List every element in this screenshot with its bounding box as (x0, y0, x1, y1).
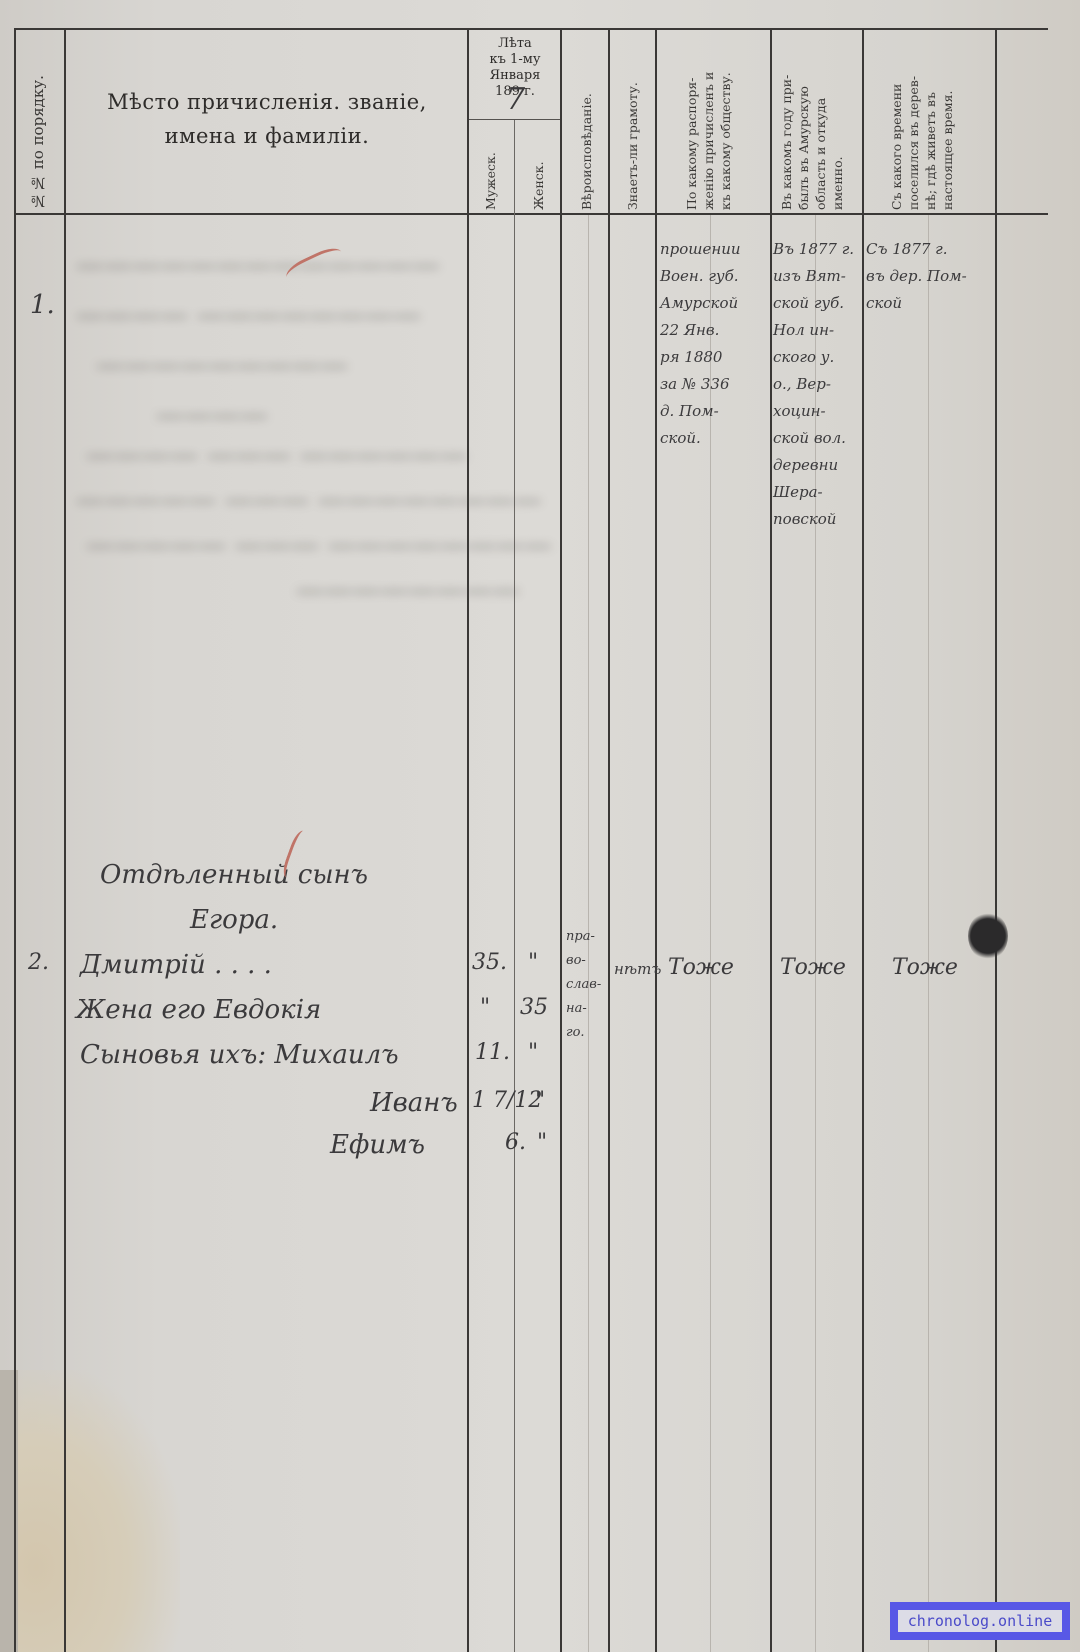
arrival-line: Нол ин- (773, 317, 854, 344)
entry-2-number: 2. (28, 950, 49, 975)
entry-2-heading-line1: Отдѣленный сынъ (100, 860, 368, 890)
member-name: Жена его Евдокія (76, 995, 321, 1025)
table-left-border (14, 28, 16, 1652)
member-male-age: 11. (475, 1040, 510, 1065)
entry-2-settled: Тоже (892, 955, 958, 980)
entry-1-number: 1. (30, 290, 55, 320)
entry-1-settled: Съ 1877 г. въ дер. Пом- ской (866, 236, 967, 317)
entry-2-literacy: нѣтъ (614, 960, 661, 978)
religion-line: во- (566, 949, 601, 973)
arrival-line: ской вол. (773, 425, 854, 452)
religion-line: пра- (566, 925, 601, 949)
header-female: Женск. (530, 135, 547, 210)
table-top-border (14, 28, 1048, 30)
header-years-line2: къ 1-му (470, 52, 560, 68)
header-years-line1: Лѣта (470, 36, 560, 52)
entry-2-order: Тоже (668, 955, 734, 980)
order-line: ской. (660, 425, 741, 452)
watermark: chronolog.online (890, 1602, 1070, 1640)
member-female-age: 35 (520, 995, 548, 1020)
settled-line: ской (866, 290, 967, 317)
header-bottom-border (14, 213, 1048, 215)
arrival-line: повской (773, 506, 854, 533)
column-divider (770, 28, 772, 1652)
member-female-age: " (535, 1088, 545, 1113)
order-line: д. Пом- (660, 398, 741, 425)
entry-1-order: прошении Воен. губ. Амурской 22 Янв. ря … (660, 236, 741, 452)
order-line: за № 336 (660, 371, 741, 398)
ink-blot (968, 912, 1008, 960)
arrival-line: деревни (773, 452, 854, 479)
column-divider (862, 28, 864, 1652)
member-female-age: " (528, 950, 538, 975)
handwritten-year-digit: 7 (506, 82, 525, 117)
register-page: №№ по порядку. Мѣсто причисленія. званіе… (0, 0, 1080, 1652)
member-name: Ефимъ (330, 1130, 425, 1160)
entry-1-arrival: Въ 1877 г. изъ Вят- ской губ. Нол ин- ск… (773, 236, 854, 533)
member-male-age: 6. (505, 1130, 526, 1155)
entry-2-heading-line2: Егора. (190, 905, 278, 935)
religion-line: слав- (566, 973, 601, 997)
entry-2-arrival: Тоже (780, 955, 846, 980)
watermark-text: chronolog.online (898, 1610, 1063, 1632)
member-female-age: " (528, 1040, 538, 1065)
header-male: Мужеск. (482, 130, 499, 210)
entry-2-religion: пра- во- слав- на- го. (566, 925, 601, 1045)
member-male-age: 1 7/12 (472, 1088, 542, 1113)
member-name: Сыновья ихъ: Михаилъ (80, 1040, 399, 1070)
ruled-line (928, 215, 929, 1652)
header-name-line1: Мѣсто причисленія. званіе, (66, 85, 468, 119)
member-name: Дмитрій . . . . (80, 950, 272, 980)
order-line: прошении (660, 236, 741, 263)
order-line: ря 1880 (660, 344, 741, 371)
header-name-line2: имена и фамиліи. (66, 119, 468, 153)
header-order: По какому распоря- женію причисленъ и къ… (683, 40, 734, 210)
order-line: Воен. губ. (660, 263, 741, 290)
order-line: 22 Янв. (660, 317, 741, 344)
header-literacy: Знаетъ-ли грамоту. (624, 40, 641, 210)
header-number: №№ по порядку. (30, 50, 47, 210)
member-name: Иванъ (370, 1088, 458, 1118)
header-name-column: Мѣсто причисленія. званіе, имена и фамил… (66, 85, 468, 153)
redacted-entry-1: ————————————— ———— ———————— ————————— ——… (66, 228, 656, 788)
member-female-age: " (537, 1130, 547, 1155)
arrival-line: Въ 1877 г. (773, 236, 854, 263)
order-line: Амурской (660, 290, 741, 317)
member-male-age: 35. (472, 950, 507, 975)
settled-line: въ дер. Пом- (866, 263, 967, 290)
arrival-line: ского у. (773, 344, 854, 371)
religion-line: го. (566, 1021, 601, 1045)
member-male-age: " (480, 995, 490, 1020)
arrival-line: хоцин- (773, 398, 854, 425)
header-settled: Съ какого времени поселился въ дерев- нѣ… (888, 40, 956, 210)
arrival-line: Шера- (773, 479, 854, 506)
settled-line: Съ 1877 г. (866, 236, 967, 263)
religion-line: на- (566, 997, 601, 1021)
arrival-line: изъ Вят- (773, 263, 854, 290)
arrival-line: ской губ. (773, 290, 854, 317)
header-arrival: Въ какомъ году при- былъ въ Амурскую обл… (778, 40, 846, 210)
water-stain (0, 1370, 180, 1652)
arrival-line: о., Вер- (773, 371, 854, 398)
table-right-border (995, 28, 997, 1652)
header-religion: Вѣроисповѣданіе. (578, 40, 595, 210)
